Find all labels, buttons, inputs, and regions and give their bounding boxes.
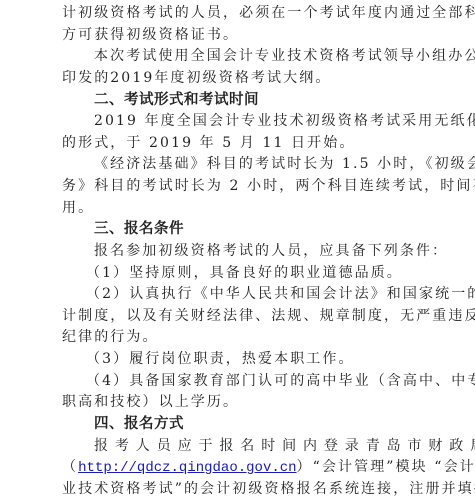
paragraph-line-with-link: （http://qdcz.qingdao.gov.cn）“会计管理”模块 “会计… [62, 457, 420, 479]
paren-open: （ [62, 459, 78, 475]
paragraph-line: 方可获得初级资格证书。 [62, 25, 420, 47]
paragraph-line: 2019 年度全国会计专业技术初级资格考试采用无纸化考试 [62, 111, 420, 133]
section-heading-requirements: 三、报名条件 [62, 219, 420, 241]
finance-bureau-link[interactable]: http://qdcz.qingdao.gov.cn [78, 460, 296, 476]
paragraph-line: 报名参加初级资格考试的人员，应具备下列条件： [62, 241, 420, 263]
link-trailing-text: ）“会计管理”模块 “会计专 [297, 459, 475, 475]
paragraph-line: 计制度，以及有关财经法律、法规、规章制度，无严重违反财经 [62, 306, 420, 328]
paragraph-line: 计初级资格考试的人员，必须在一个考试年度内通过全部科目， [62, 3, 420, 25]
paragraph-line: 印发的2019年度初级资格考试大纲。 [62, 68, 420, 90]
paragraph-line: 纪律的行为。 [62, 327, 420, 349]
list-item: （2）认真执行《中华人民共和国会计法》和国家统一的会 [62, 284, 420, 306]
paragraph-line: 的形式，于 2019 年 5 月 11 日开始。 [62, 133, 420, 155]
paragraph-line: 务》科目的考试时长为 2 小时，两个科目连续考试，时间不得混 [62, 176, 420, 198]
section-heading-registration: 四、报名方式 [62, 414, 420, 436]
section-heading-exam-format: 二、考试形式和考试时间 [62, 90, 420, 112]
document-page: 计初级资格考试的人员，必须在一个考试年度内通过全部科目， 方可获得初级资格证书。… [62, 3, 420, 500]
paragraph-line: 报考人员应于报名时间内登录青岛市财政局官网 [62, 436, 420, 458]
list-item: （4）具备国家教育部门认可的高中毕业（含高中、中专、 [62, 371, 420, 393]
paragraph-line: 本次考试使用全国会计专业技术资格考试领导小组办公室 [62, 46, 420, 68]
list-item: （3）履行岗位职责，热爱本职工作。 [62, 349, 420, 371]
paragraph-line: 用。 [62, 198, 420, 220]
paragraph-line: 《经济法基础》科目的考试时长为 1.5 小时，《初级会计实 [62, 154, 420, 176]
paragraph-line: 业技术资格考试”的会计初级资格报名系统连接，注册并填报个 [62, 479, 420, 500]
paragraph-line: 职高和技校）以上学历。 [62, 392, 420, 414]
list-item: （1）坚持原则，具备良好的职业道德品质。 [62, 263, 420, 285]
